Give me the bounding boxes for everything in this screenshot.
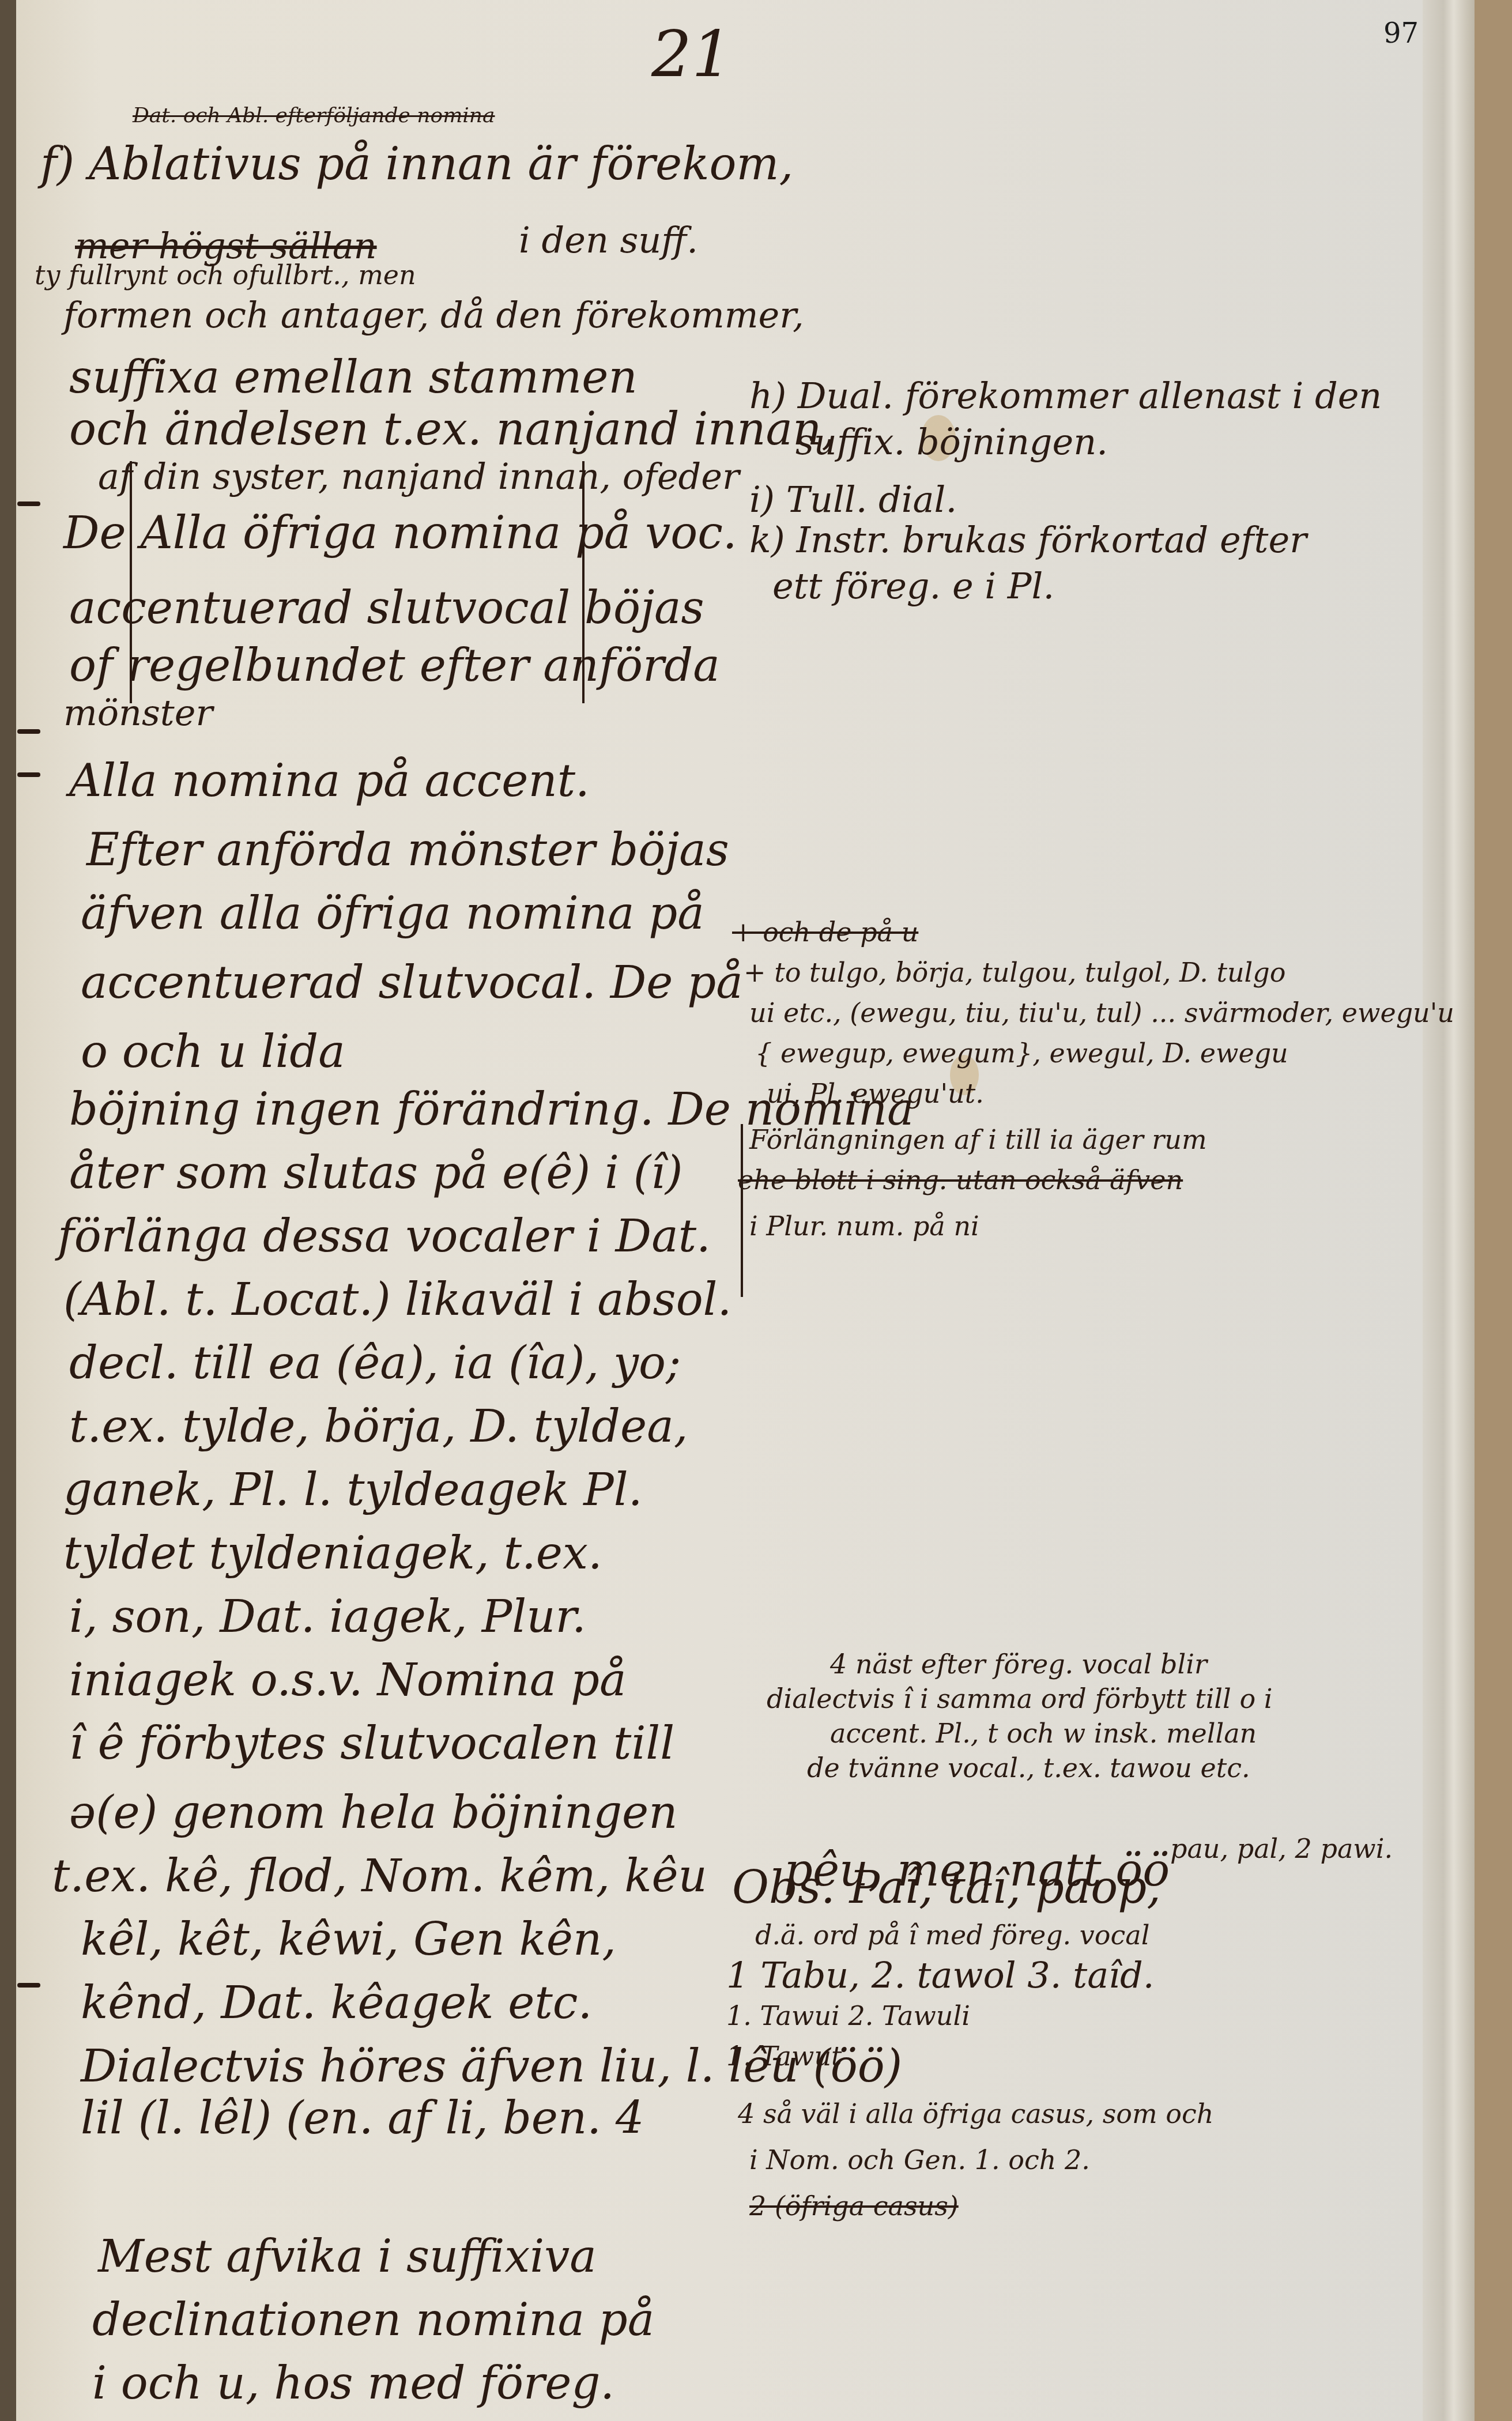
handwritten-line: î ê förbytes slutvocalen till: [69, 1718, 674, 1770]
handwritten-line: f) Ablativus på innan är förekom,: [40, 138, 793, 190]
handwritten-line: + och de på u: [732, 917, 918, 948]
handwritten-line: De Alla öfriga nomina på voc.: [63, 507, 737, 559]
handwritten-line: Dat. och Abl. efterföljande nomina: [133, 104, 495, 127]
handwritten-line: 2 (öfriga casus): [749, 2190, 959, 2222]
handwritten-line: i och u, hos med föreg.: [92, 2358, 614, 2409]
handwritten-line: ui, Pl. ewegu'ut.: [767, 1078, 984, 1109]
handwritten-line: Efter anförda mönster böjas: [86, 824, 729, 876]
handwritten-line: Förlängningen af i till ia äger rum: [749, 1124, 1207, 1155]
margin-dash: [17, 501, 40, 506]
handwritten-line: mönster: [63, 692, 213, 734]
handwritten-line: o och u lida: [81, 1026, 345, 1078]
handwritten-line: lil (l. lêl) (en. af li, ben. 4: [81, 2092, 644, 2144]
handwritten-line: formen och antager, då den förekommer,: [63, 294, 804, 336]
handwritten-line: Mest afvika i suffixiva: [98, 2231, 597, 2283]
handwritten-line: (Abl. t. Locat.) likaväl i absol.: [63, 1274, 732, 1326]
handwritten-line: d.ä. ord på î med föreg. vocal: [755, 1920, 1149, 1951]
handwritten-line: de tvänne vocal., t.ex. tawou etc.: [807, 1752, 1250, 1783]
handwritten-line: kênd, Dat. kêagek etc.: [81, 1977, 592, 2029]
page-number: 21: [651, 17, 732, 91]
handwritten-line: 1. Tawui 2. Tawuli: [726, 2000, 970, 2031]
handwritten-line: { ewegup, ewegum}, ewegul, D. ewegu: [755, 1038, 1288, 1069]
handwritten-line: ty fullrynt och ofullbrt., men: [35, 259, 416, 291]
bracket-line: [741, 1124, 743, 1297]
handwritten-line: i den suff.: [519, 219, 698, 261]
handwritten-line: dialectvis î i samma ord förbytt till o …: [767, 1683, 1272, 1714]
handwritten-line: 1. Tawut: [726, 2041, 842, 2072]
handwritten-line: t.ex. tylde, börja, D. tyldea,: [69, 1401, 688, 1453]
handwritten-line: declinationen nomina på: [92, 2294, 654, 2346]
margin-dash: [17, 729, 40, 734]
handwritten-line: accent. Pl., t och w insk. mellan: [830, 1718, 1257, 1749]
handwritten-line: suffixa emellan stammen: [69, 352, 638, 403]
handwritten-line: Obs. Paî, taî, paop,: [732, 1862, 1161, 1914]
handwritten-line: i) Tull. dial.: [749, 478, 957, 521]
handwritten-line: accentuerad slutvocal böjas: [69, 582, 704, 634]
handwritten-line: kêl, kêt, kêwi, Gen kên,: [81, 1914, 616, 1966]
handwritten-line: ehe blott i sing. utan också äfven: [738, 1164, 1183, 1196]
handwritten-line: suffix. böjningen.: [795, 421, 1108, 463]
handwritten-line: i Nom. och Gen. 1. och 2.: [749, 2144, 1090, 2175]
handwritten-line: t.ex. kê, flod, Nom. kêm, kêu: [52, 1850, 707, 1902]
handwritten-line: och ändelsen t.ex. nanjand innan,: [69, 403, 836, 455]
handwritten-line: förlänga dessa vocaler i Dat.: [58, 1210, 711, 1262]
handwritten-line: ə(e) genom hela böjningen: [69, 1787, 677, 1839]
handwritten-line: i, son, Dat. iagek, Plur.: [69, 1591, 586, 1643]
handwritten-line: ui etc., (ewegu, tiu, tiu'u, tul) ... sv…: [749, 997, 1454, 1028]
handwritten-line: + to tulgo, börja, tulgou, tulgol, D. tu…: [744, 957, 1285, 988]
folio-number: 97: [1383, 17, 1419, 50]
handwritten-line: 4 näst efter föreg. vocal blir: [830, 1649, 1207, 1680]
handwritten-line: pau, pal, 2 pawi.: [1170, 1833, 1393, 1864]
handwritten-line: ett föreg. e i Pl.: [772, 565, 1054, 607]
handwritten-line: 4 så väl i alla öfriga casus, som och: [738, 2098, 1213, 2129]
handwritten-line: h) Dual. förekommer allenast i den: [749, 375, 1382, 417]
margin-dash: [17, 772, 40, 777]
background: [1475, 0, 1512, 2421]
page-edge: [1423, 0, 1475, 2421]
handwritten-line: tyldet tyldeniagek, t.ex.: [63, 1528, 602, 1579]
handwritten-line: ganek, Pl. l. tyldeagek Pl.: [63, 1464, 643, 1516]
handwritten-line: iniagek o.s.v. Nomina på: [69, 1654, 626, 1706]
handwritten-line: 1 Tabu, 2. tawol 3. taîd.: [726, 1954, 1154, 1996]
handwritten-line: accentuerad slutvocal. De på: [81, 957, 743, 1009]
handwritten-line: i Plur. num. på ni: [749, 1210, 979, 1242]
handwritten-line: of regelbundet efter anförda: [69, 640, 720, 692]
handwritten-line: äfven alla öfriga nomina på: [81, 888, 704, 940]
handwritten-line: decl. till ea (êa), ia (îa), yo;: [69, 1337, 681, 1389]
handwritten-line: Alla nomina på accent.: [69, 755, 590, 807]
book-spine: [0, 0, 16, 2421]
margin-dash: [17, 1983, 40, 1988]
handwritten-line: k) Instr. brukas förkortad efter: [749, 519, 1307, 561]
handwritten-line: åter som slutas på e(ê) i (î): [69, 1147, 683, 1199]
handwritten-line: af din syster, nanjand innan, ofeder: [98, 455, 740, 497]
